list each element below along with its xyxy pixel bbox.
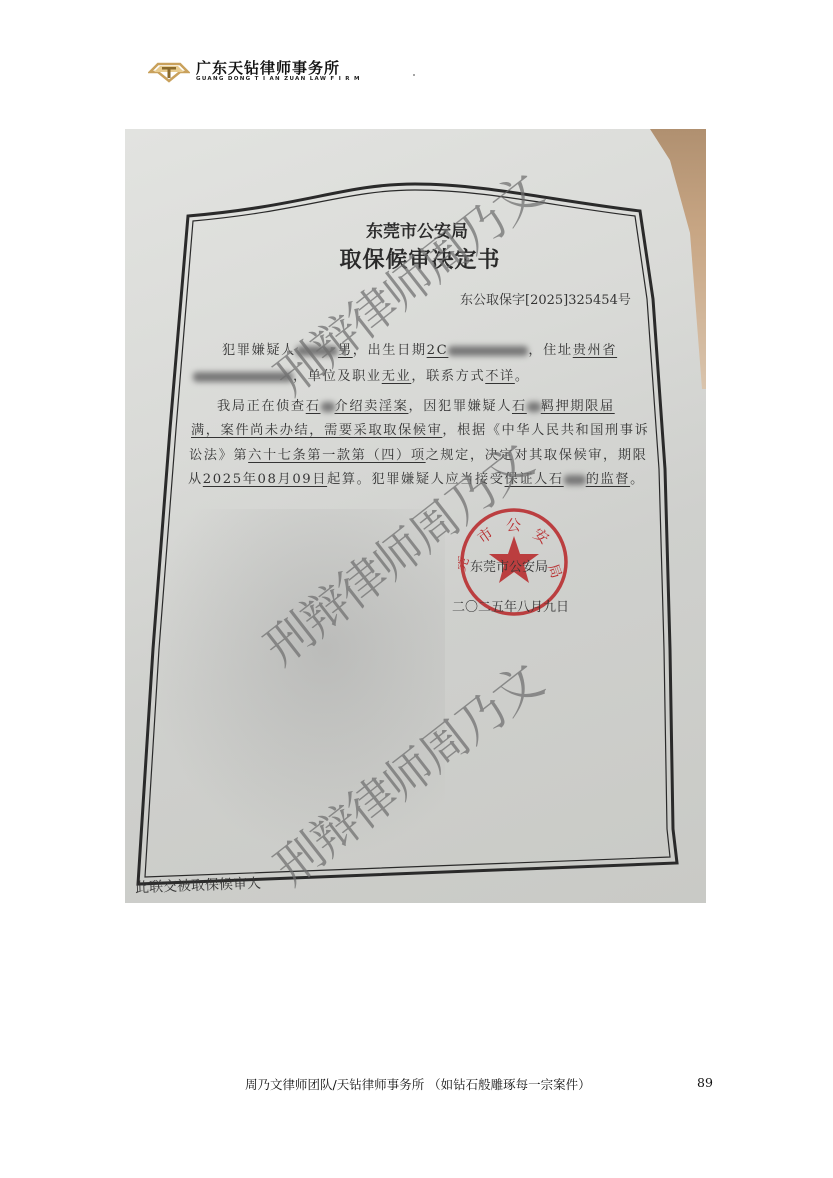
firm-name-cn: 广东天钻律师事务所 [196, 60, 361, 76]
paragraph1-line2: ，单位及职业无业，联系方式不详。 [193, 365, 530, 384]
issuer-name: 东莞市公安局 [470, 556, 548, 575]
diamond-logo-icon [148, 61, 190, 83]
page-footer: 周乃文律师团队/天钻律师事务所 （如钻石般雕琢每一宗案件） [245, 1075, 591, 1093]
page-number: 89 [697, 1075, 713, 1090]
stray-dot [413, 74, 415, 76]
paragraph2-line2: 满，案件尚未办结，需要采取取保候审，根据《中华人民共和国刑事诉 [191, 419, 649, 438]
redacted-case-name [321, 402, 335, 412]
firm-name-en: GUANG DONG T I AN ZUAN LAW F I R M [196, 76, 361, 83]
issue-date: 二〇二五年八月九日 [452, 596, 569, 615]
firm-name: 广东天钻律师事务所 GUANG DONG T I AN ZUAN LAW F I… [196, 60, 361, 83]
svg-text:安: 安 [530, 525, 553, 548]
svg-text:公: 公 [506, 516, 521, 534]
document-photo: 东莞市公安局 取保候审决定书 东公取保字[2025]325454号 犯罪嫌疑人男… [125, 129, 706, 903]
redacted-suspect [527, 402, 541, 412]
firm-header: 广东天钻律师事务所 GUANG DONG T I AN ZUAN LAW F I… [148, 60, 361, 83]
redacted-birthdate [448, 346, 528, 356]
document-number: 东公取保字[2025]325454号 [460, 289, 631, 308]
paragraph2-line3: 讼法》第六十七条第一款第（四）项之规定，决定对其取保候审，期限 [189, 444, 647, 463]
redacted-guarantor [564, 475, 586, 485]
paragraph2-line1: 我局正在侦查石介绍卖淫案，因犯罪嫌疑人石羁押期限届 [217, 395, 615, 414]
paragraph2-line4: 从2025年08月09日起算。犯罪嫌疑人应当接受保证人石的监督。 [188, 468, 645, 487]
